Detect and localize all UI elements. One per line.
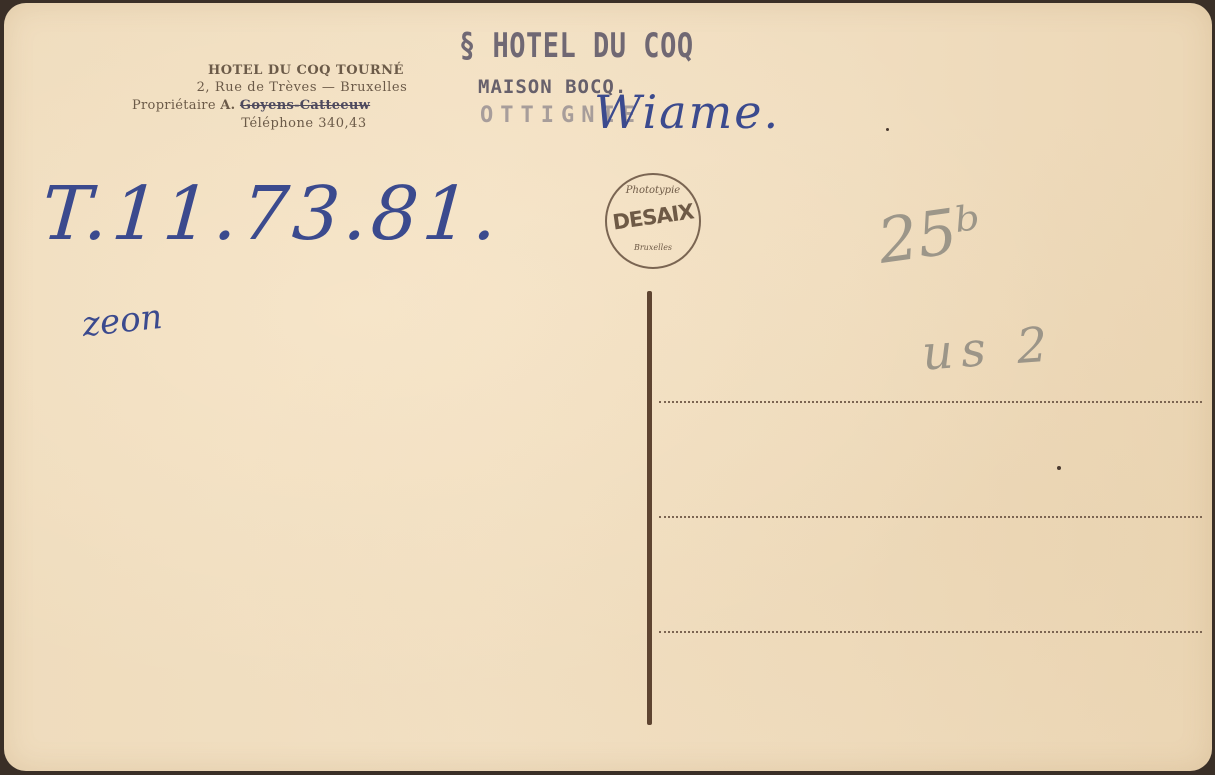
hotel-address: 2, Rue de Trèves — Bruxelles	[132, 80, 472, 96]
address-line-2	[659, 516, 1202, 518]
address-line-3	[659, 631, 1202, 633]
postcard-back: HOTEL DU COQ TOURNÉ 2, Rue de Trèves — B…	[4, 3, 1212, 771]
ink-speck	[1057, 466, 1061, 470]
logo-bottom-text: Bruxelles	[607, 243, 699, 252]
owner-label: Propriétaire	[132, 98, 216, 113]
hotel-owner: Propriétaire A. Goyens-Catteeuw	[132, 98, 472, 114]
handwritten-word: zeon	[80, 297, 164, 345]
pencil-note-2: us 2	[920, 316, 1057, 381]
ink-speck	[886, 128, 889, 131]
owner-name-struck: Goyens-Catteeuw	[240, 98, 370, 113]
hotel-name: HOTEL DU COQ TOURNÉ	[174, 63, 438, 79]
desaix-publisher-logo: Phototypie DESAIX Bruxelles	[605, 173, 701, 269]
handwritten-name: Wiame.	[594, 85, 780, 139]
stamp-line-1: § HOTEL DU COQ	[459, 27, 694, 66]
center-divider-line	[647, 291, 652, 725]
owner-initial: A.	[220, 98, 235, 113]
handwritten-code: T.11.73.81.	[39, 171, 504, 257]
hotel-telephone: Téléphone 340,43	[219, 116, 389, 132]
logo-top-text: Phototypie	[607, 185, 699, 196]
address-line-1	[659, 401, 1202, 403]
pencil-note-1: 25ᵇ	[873, 191, 986, 278]
logo-brand-text: DESAIX	[606, 199, 700, 236]
